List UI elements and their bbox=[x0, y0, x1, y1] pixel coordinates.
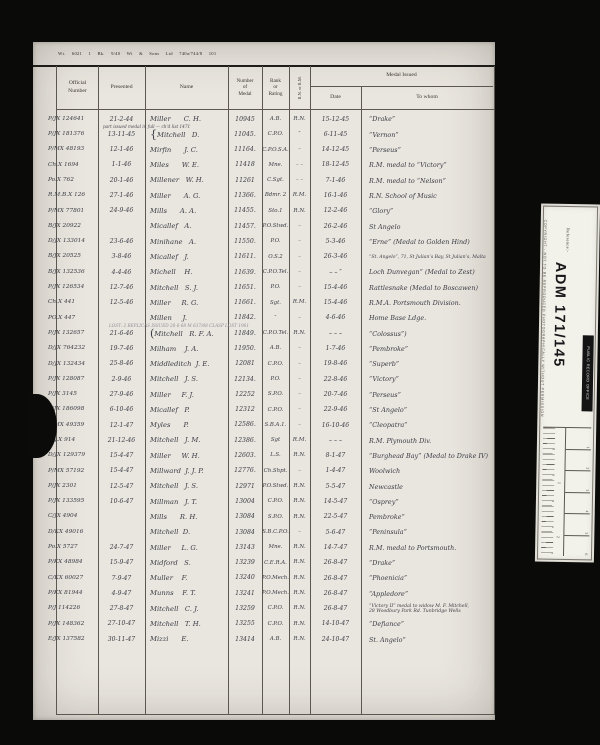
rank-cell: C.P.O.Tel. bbox=[262, 331, 289, 336]
header-number-of-medal: Number of Medal bbox=[228, 66, 262, 109]
name-cell: Micallef J. bbox=[145, 254, 228, 261]
table-row: E/JX 13758230-11-47Mizzi E.13414A.B.R.N.… bbox=[57, 632, 494, 647]
to-whom-cell: R.M. Plymouth Div. bbox=[361, 438, 493, 444]
presented-cell: 21-6-46 bbox=[98, 331, 145, 337]
header-official-number: Official Number bbox=[57, 66, 98, 109]
official-number-cell: D/JX 133014 bbox=[48, 239, 89, 245]
name-cell: (Mitchell R. F. A. bbox=[145, 328, 228, 339]
rank-cell: Sgt. bbox=[262, 301, 289, 306]
medal-number-cell: 11455. bbox=[228, 208, 262, 214]
corps-cell: R.N. bbox=[289, 499, 310, 505]
ruler-cm-cell: 2 bbox=[565, 449, 591, 471]
official-number-cell: P/JX 181376 bbox=[48, 132, 89, 138]
header-bottom-line bbox=[57, 109, 494, 110]
table-row: D/JX 13243425-8-46Middleditch J. E.12081… bbox=[57, 357, 494, 372]
corps-cell: R.M. bbox=[289, 300, 310, 306]
medal-number-cell: 11849. bbox=[228, 331, 262, 337]
corps-cell: – bbox=[289, 407, 310, 413]
table-row: P/JX 18137613-11-45{Mitchell D.11045.C.P… bbox=[57, 127, 494, 142]
name-cell: Miller F. J. bbox=[145, 392, 228, 399]
table-row: P/MX 7780124-9-46Mills A. A.11455.Sto.1R… bbox=[57, 204, 494, 219]
medal-number-cell: 12252 bbox=[228, 392, 262, 398]
date-issued-cell: 14-10-47 bbox=[310, 621, 361, 627]
rank-cell: A.B. bbox=[262, 637, 289, 642]
reference-number: ADM 171/145 bbox=[550, 262, 568, 368]
medal-number-cell: 12586. bbox=[228, 422, 262, 428]
date-issued-cell: 22-8-46 bbox=[310, 377, 361, 383]
date-issued-cell: 7-1-46 bbox=[310, 178, 361, 184]
date-issued-cell: 8-1-47 bbox=[310, 453, 361, 459]
date-issued-cell: 14-5-47 bbox=[310, 499, 361, 505]
name-cell: Muller F. bbox=[145, 575, 228, 582]
rank-cell: Mne. bbox=[262, 163, 289, 168]
medal-number-cell: 13255 bbox=[228, 621, 262, 627]
name-cell: Mitchell J. S. bbox=[145, 483, 228, 490]
medal-number-cell: 11261 bbox=[228, 178, 262, 184]
official-number-cell: Ch.X 441 bbox=[48, 300, 89, 306]
presented-cell: 20-1-46 bbox=[98, 178, 145, 184]
rank-cell: C.P.O.S.A. bbox=[262, 148, 289, 153]
presented-cell: 21-12-46 bbox=[98, 438, 145, 444]
rank-cell: C.Sgt. bbox=[262, 178, 289, 183]
name-cell: {Mitchell D. bbox=[145, 129, 228, 140]
medal-number-cell: 13240 bbox=[228, 575, 262, 581]
official-number-cell: P/JX 133595 bbox=[48, 499, 89, 505]
header-rn-or-rm: R.N. or R.M. bbox=[289, 66, 310, 109]
table-row: Po.X 572724-7-47Miller L. G.13143Mne.R.N… bbox=[57, 540, 494, 555]
to-whom-cell: R.M. medal to Portsmouth. bbox=[361, 545, 493, 551]
corps-cell: R.N. bbox=[289, 209, 310, 215]
rank-cell: S.B.C.P.O. bbox=[262, 530, 289, 535]
corps-cell: – – bbox=[289, 178, 310, 184]
name-cell: Mitchell J. M. bbox=[145, 437, 228, 444]
to-whom-cell: St. Angelo” bbox=[361, 637, 493, 643]
to-whom-cell: “Glory” bbox=[361, 208, 493, 214]
table-row: C/KX 600277-9-47Muller F.13240P.O.Mech.R… bbox=[57, 571, 494, 586]
medal-number-cell: 13004 bbox=[228, 499, 262, 505]
presented-cell: 13-11-45 bbox=[98, 132, 145, 138]
to-whom-cell: “Victory II” medal to widow M. F. Mitche… bbox=[361, 604, 493, 614]
header-presented: Presented bbox=[98, 66, 145, 109]
to-whom-cell: “Erne” (Medal to Golden Hind) bbox=[361, 239, 493, 245]
rank-cell: O.S.2 bbox=[262, 255, 289, 260]
presented-cell: 7-9-47 bbox=[98, 576, 145, 582]
table-row: D/JX 13301423-6-46Minihane A.11550.P.O.–… bbox=[57, 234, 494, 249]
name-cell: Midford S. bbox=[145, 560, 228, 567]
reference-label: Reference:- bbox=[565, 228, 570, 253]
name-cell: Miles W. E. bbox=[145, 162, 228, 169]
presented-cell: 27-10-47 bbox=[98, 621, 145, 627]
presented-cell: 24-7-47 bbox=[98, 545, 145, 551]
to-whom-cell: “Superb” bbox=[361, 361, 493, 367]
official-number-cell: B/JX 20922 bbox=[48, 224, 89, 230]
date-issued-cell: 16-10-46 bbox=[310, 423, 361, 429]
date-issued-cell: 5-3-46 bbox=[310, 239, 361, 245]
corps-cell: R.N. bbox=[289, 453, 310, 459]
official-number-cell: P/JX 2301 bbox=[48, 484, 89, 490]
medal-number-cell: 11950. bbox=[228, 346, 262, 352]
rank-cell: ″ bbox=[262, 316, 289, 321]
name-cell: Mitchell S. J. bbox=[145, 285, 228, 292]
presented-cell: 12-1-46 bbox=[98, 147, 145, 153]
official-number-cell: D/KX 49016 bbox=[48, 530, 89, 536]
date-issued-cell: 26-8-47 bbox=[310, 576, 361, 582]
to-whom-cell: “Victory” bbox=[361, 376, 493, 382]
to-whom-cell: “Drake” bbox=[361, 560, 493, 566]
name-cell: Millward J. J. P. bbox=[145, 468, 228, 475]
to-whom-cell: “Cleopatra” bbox=[361, 422, 493, 428]
to-whom-cell: R.M. medal to “Victory” bbox=[361, 162, 493, 168]
medal-number-cell: 12312 bbox=[228, 407, 262, 413]
reference-card: COPYRIGHT - NOT TO BE REPRODUCED PHOTOGR… bbox=[535, 204, 600, 563]
rank-cell: C.P.O. bbox=[262, 622, 289, 627]
medal-number-cell: 13084 bbox=[228, 530, 262, 536]
rank-cell: S.P.O. bbox=[262, 392, 289, 397]
table-row: P/MX 4935912-1-47Myles P.12586.S.B.A.1.–… bbox=[57, 418, 494, 433]
to-whom-cell: “Appledore” bbox=[361, 591, 493, 597]
table-row: Ch.X 16941-1-46Miles W. E.11418Mne.– –18… bbox=[57, 158, 494, 173]
table-row: D/KX 49016Mitchell D.13084S.B.C.P.O.–5-6… bbox=[57, 525, 494, 540]
date-issued-cell: 14-12-45 bbox=[310, 147, 361, 153]
medal-number-cell: 10945 bbox=[228, 117, 262, 123]
rank-cell: Ch.Shpt. bbox=[262, 469, 289, 474]
medal-number-cell: 11164. bbox=[228, 147, 262, 153]
ruler-inch-label: 1 bbox=[557, 482, 562, 484]
to-whom-cell: “Peninsula” bbox=[361, 529, 493, 535]
rank-cell: P.O. bbox=[262, 239, 289, 244]
interlined-annotation: part issued medal in full — ch'd list 14… bbox=[103, 124, 190, 129]
presented-cell: 4-4-46 bbox=[98, 270, 145, 276]
name-cell: Miller C. H. bbox=[145, 116, 228, 123]
header-date: Date bbox=[310, 86, 361, 109]
name-cell: Mitchell D. bbox=[145, 529, 228, 536]
interlined-annotation: LOST: 2 REPLICAS ISSUED 26-6-68 M 637/68… bbox=[109, 323, 249, 328]
medal-number-cell: 11457. bbox=[228, 224, 262, 230]
rank-cell: C.P.O. bbox=[262, 606, 289, 611]
date-issued-cell: 24-10-47 bbox=[310, 637, 361, 643]
corps-cell: – bbox=[289, 423, 310, 429]
medal-number-cell: 13084 bbox=[228, 514, 262, 520]
rank-cell: A.B. bbox=[262, 117, 289, 122]
table-row: Ply.X 91421-12-46Mitchell J. M.12386.Sgt… bbox=[57, 433, 494, 448]
official-number-cell: D/JX 129379 bbox=[48, 453, 89, 459]
to-whom-cell: “St Angelo” bbox=[361, 407, 493, 413]
official-number-cell: D/JX 764232 bbox=[48, 346, 89, 352]
header-medal-issued: Medal Issued bbox=[310, 66, 493, 86]
date-issued-cell: 5-6-47 bbox=[310, 530, 361, 536]
table-row: R.M.B.X 12627-1-46Miller A. G.11366.Bdmr… bbox=[57, 188, 494, 203]
date-issued-cell: – – – bbox=[310, 331, 361, 337]
ruler-cm-label: 3 bbox=[585, 489, 589, 491]
official-number-cell: E/JX 137582 bbox=[48, 637, 89, 643]
presented-cell: 27-8-47 bbox=[98, 606, 145, 612]
table-row: P/MX 4819312-1-46Mirfin J. C.11164.C.P.O… bbox=[57, 143, 494, 158]
corps-cell: R.N. bbox=[289, 576, 310, 582]
date-issued-cell: 20-7-46 bbox=[310, 392, 361, 398]
official-number-cell: B/JX 132536 bbox=[48, 270, 89, 276]
to-whom-cell: Newcastle bbox=[361, 484, 493, 490]
corps-cell: – bbox=[289, 316, 310, 322]
to-whom-cell: “Pembroke” bbox=[361, 346, 493, 352]
to-whom-cell: Pembroke” bbox=[361, 514, 493, 520]
presented-cell: 10-6-47 bbox=[98, 499, 145, 505]
table-row: P/JX 230112-5-47Mitchell J. S.12971P.O.S… bbox=[57, 479, 494, 494]
film-artifact-blob bbox=[29, 394, 57, 458]
date-issued-cell: 18-12-45 bbox=[310, 162, 361, 168]
date-issued-cell: 26-8-47 bbox=[310, 591, 361, 597]
to-whom-cell: “Colossus”) bbox=[361, 331, 493, 337]
presented-cell: 21-2-44 bbox=[98, 117, 145, 123]
presented-cell: 24-9-46 bbox=[98, 208, 145, 214]
medal-number-cell: 13414 bbox=[228, 637, 262, 643]
medal-number-cell: 11661. bbox=[228, 300, 262, 306]
corps-cell: R.N. bbox=[289, 331, 310, 337]
table-row: B/JX 1325364-4-46Michell H.11639.C.P.O.T… bbox=[57, 265, 494, 280]
table-body: P/JX 12464121-2-44Miller C. H.10945A.B.R… bbox=[57, 112, 494, 647]
table-row: B/JX 20922Micallef A.11457.P.O.Stwd.–26-… bbox=[57, 219, 494, 234]
date-issued-cell: 14-7-47 bbox=[310, 545, 361, 551]
medal-number-cell: 11842. bbox=[228, 315, 262, 321]
to-whom-cell: “Perseus” bbox=[361, 147, 493, 153]
official-number-cell: P/JX 148362 bbox=[48, 622, 89, 628]
rank-cell: P.O.Stwd. bbox=[262, 224, 289, 229]
corps-cell: – bbox=[289, 224, 310, 230]
header-name: Name bbox=[145, 66, 228, 109]
corps-cell: – bbox=[289, 469, 310, 475]
table-row: P/J 11422627-8-47Mitchell C. J.13259C.P.… bbox=[57, 602, 494, 617]
presented-cell: 12-5-47 bbox=[98, 484, 145, 490]
presented-cell: 27-9-46 bbox=[98, 392, 145, 398]
medal-number-cell: 12971 bbox=[228, 484, 262, 490]
table-row: Ch.X 44112-5-46Miller R. G.11661.Sgt.R.M… bbox=[57, 296, 494, 311]
corps-cell: R.N. bbox=[289, 484, 310, 490]
presented-cell: 6-10-46 bbox=[98, 407, 145, 413]
date-issued-cell: 15-4-46 bbox=[310, 285, 361, 291]
ruler-cm-label: 6 bbox=[584, 553, 588, 555]
ruler-cm-label: 5 bbox=[584, 532, 588, 534]
official-number-cell: C/KX 60027 bbox=[48, 576, 89, 582]
medal-number-cell: 11639. bbox=[228, 270, 262, 276]
rank-cell: C.P.O. bbox=[262, 362, 289, 367]
to-whom-cell: Rattlesnake (Medal to Boscawen) bbox=[361, 285, 493, 291]
to-whom-cell: “Burghead Bay” (Medal to Drake IV) bbox=[361, 453, 493, 459]
table-row: P/JX 13265721-6-46(Mitchell R. F. A.1184… bbox=[57, 326, 494, 341]
corps-cell: – bbox=[289, 255, 310, 261]
ruler-cm-cell: 1 bbox=[565, 428, 591, 450]
table-row: P/JX 13359510-6-47Millman J. T.13004C.P.… bbox=[57, 494, 494, 509]
name-cell: Mitchell J. S. bbox=[145, 376, 228, 383]
rank-cell: S.B.A.1. bbox=[262, 423, 289, 428]
date-issued-cell: 1-7-46 bbox=[310, 346, 361, 352]
table-row: B/JX 205253-8-46Micallef J.11611.O.S.2–2… bbox=[57, 250, 494, 265]
printer-reference-line: Wt. 6021 1 Bk. 9/40 Wt & Sons Ltd 740a/7… bbox=[58, 51, 216, 56]
official-number-cell: P/JX 124641 bbox=[48, 117, 89, 123]
date-issued-cell: 22-5-47 bbox=[310, 514, 361, 520]
bracket-mark: { bbox=[150, 128, 157, 141]
table-row: P/JX 314527-9-46Miller F. J.12252S.P.O.–… bbox=[57, 387, 494, 402]
corps-cell: – bbox=[289, 377, 310, 383]
rank-cell: Mne. bbox=[262, 545, 289, 550]
name-cell: Munns F. T. bbox=[145, 590, 228, 597]
name-cell: Mizzi E. bbox=[145, 636, 228, 643]
rank-cell: P.O. bbox=[262, 285, 289, 290]
table-row: D/JX 12937915-4-47Miller W. H.12603.L.S.… bbox=[57, 449, 494, 464]
name-cell: Miller A. G. bbox=[145, 193, 228, 200]
official-number-cell: P/JX 132657 bbox=[48, 331, 89, 337]
ruler-cm-label: 4 bbox=[585, 510, 589, 512]
table-row: P/JX 1860986-10-46Micallef P.12312C.P.O.… bbox=[57, 403, 494, 418]
table-row: D/JX 76423219-7-46Milham J. A.11950.A.B.… bbox=[57, 341, 494, 356]
to-whom-cell: “Drake” bbox=[361, 116, 493, 122]
name-cell: Miller W. H. bbox=[145, 453, 228, 460]
medal-number-cell: 12134. bbox=[228, 377, 262, 383]
presented-cell: 15-4-47 bbox=[98, 453, 145, 459]
medal-number-cell: 13241 bbox=[228, 591, 262, 597]
corps-cell: – – bbox=[289, 163, 310, 169]
date-issued-cell: 26-3-46 bbox=[310, 254, 361, 260]
date-issued-cell: 6-11-45 bbox=[310, 132, 361, 138]
medal-number-cell: 11611. bbox=[228, 254, 262, 260]
rank-cell: Bdmr. 2 bbox=[262, 193, 289, 198]
presented-cell: 30-11-47 bbox=[98, 637, 145, 643]
date-issued-cell: 1-4-47 bbox=[310, 468, 361, 474]
official-number-cell: P/J 114226 bbox=[48, 606, 89, 612]
presented-cell: 4-9-47 bbox=[98, 591, 145, 597]
medal-number-cell: 11651. bbox=[228, 285, 262, 291]
date-issued-cell: 22-9-46 bbox=[310, 407, 361, 413]
date-issued-cell: 26-2-46 bbox=[310, 224, 361, 230]
medal-number-cell: 13143 bbox=[228, 545, 262, 551]
corps-cell: – bbox=[289, 346, 310, 352]
presented-cell: 25-8-46 bbox=[98, 361, 145, 367]
corps-cell: R.N. bbox=[289, 560, 310, 566]
rank-cell: C.P.O. bbox=[262, 499, 289, 504]
to-whom-cell: “Perseus” bbox=[361, 392, 493, 398]
official-number-cell: PO.X 447 bbox=[48, 316, 89, 322]
corps-cell: – bbox=[289, 362, 310, 368]
corps-cell: ″ bbox=[289, 132, 310, 138]
presented-cell: 19-7-46 bbox=[98, 346, 145, 352]
microfilm-background: Wt. 6021 1 Bk. 9/40 Wt & Sons Ltd 740a/7… bbox=[0, 0, 600, 745]
ruler-cm-cell: 6 bbox=[564, 535, 590, 556]
card-ruler: 1 2 123456 bbox=[541, 427, 591, 557]
ruler-cm-cell: 4 bbox=[564, 492, 590, 514]
presented-cell: 3-8-46 bbox=[98, 254, 145, 260]
to-whom-cell: R.M.A. Portsmouth Division. bbox=[361, 300, 493, 306]
presented-cell: 1-1-46 bbox=[98, 162, 145, 168]
date-issued-cell: 5-5-47 bbox=[310, 484, 361, 490]
official-number-cell: Ch.X 1694 bbox=[48, 163, 89, 169]
ruler-inch-label: 2 bbox=[556, 535, 561, 537]
medal-number-cell: 13259 bbox=[228, 606, 262, 612]
official-number-cell: P/JX 128087 bbox=[48, 377, 89, 383]
presented-cell: 15-4-47 bbox=[98, 468, 145, 474]
rank-cell: P.O.Mech. bbox=[262, 576, 289, 581]
medal-number-cell: 11045. bbox=[228, 132, 262, 138]
corps-cell: R.M. bbox=[289, 193, 310, 199]
date-issued-cell: – – ″ bbox=[310, 270, 361, 276]
presented-cell: 27-1-46 bbox=[98, 193, 145, 199]
name-cell: Minihane A. bbox=[145, 239, 228, 246]
medal-number-cell: 13239 bbox=[228, 560, 262, 566]
official-number-cell: C/JX 4904 bbox=[48, 514, 89, 520]
medal-number-cell: 12776. bbox=[228, 468, 262, 474]
rank-cell: L.S. bbox=[262, 453, 289, 458]
official-number-cell: P/MX 48193 bbox=[48, 147, 89, 153]
ruler-centimetres: 123456 bbox=[564, 428, 592, 556]
medal-number-cell: 12081 bbox=[228, 361, 262, 367]
official-number-cell: B/JX 20525 bbox=[48, 254, 89, 260]
official-number-cell: D/JX 132434 bbox=[48, 362, 89, 368]
date-issued-cell: 16-1-46 bbox=[310, 193, 361, 199]
name-cell: Mitchell T. H. bbox=[145, 621, 228, 628]
date-issued-cell: 15-12-45 bbox=[310, 117, 361, 123]
name-cell: Millener W. H. bbox=[145, 177, 228, 184]
header-to-whom: To whom bbox=[361, 86, 493, 109]
ruler-cm-cell: 5 bbox=[564, 514, 590, 536]
date-issued-cell: – – – bbox=[310, 438, 361, 444]
table-row: Po.X 76220-1-46Millener W. H.11261C.Sgt.… bbox=[57, 173, 494, 188]
ruler-cm-label: 2 bbox=[585, 467, 589, 469]
date-issued-cell: 19-8-46 bbox=[310, 361, 361, 367]
date-issued-cell: 26-8-47 bbox=[310, 606, 361, 612]
corps-cell: R.N. bbox=[289, 606, 310, 612]
public-record-office-stamp: PUBLIC RECORD OFFICE bbox=[582, 335, 594, 411]
table-row: P/JX 14836227-10-47Mitchell T. H.13255C.… bbox=[57, 617, 494, 632]
to-whom-cell: “St. Angelo”, 71, St Julian’s Bay, St Ju… bbox=[361, 255, 493, 260]
rank-cell: C.E.R.A. bbox=[262, 561, 289, 566]
to-whom-cell: St Angelo bbox=[361, 224, 493, 230]
rank-cell: S.P.O. bbox=[262, 515, 289, 520]
rank-cell: C.P.O. bbox=[262, 408, 289, 413]
name-cell: Mills A. A. bbox=[145, 208, 228, 215]
corps-cell: R.N. bbox=[289, 637, 310, 643]
name-cell: Mills R. H. bbox=[145, 514, 228, 521]
name-cell: Micallef A. bbox=[145, 223, 228, 230]
presented-cell: 12-7-46 bbox=[98, 285, 145, 291]
official-number-cell: Po.X 762 bbox=[48, 178, 89, 184]
rank-cell: Sgt bbox=[262, 438, 289, 443]
medal-number-cell: 11550. bbox=[228, 239, 262, 245]
to-whom-cell: “Osprey” bbox=[361, 499, 493, 505]
date-issued-cell: 12-2-46 bbox=[310, 208, 361, 214]
presented-cell: 12-1-47 bbox=[98, 423, 145, 429]
name-cell: Michell H. bbox=[145, 269, 228, 276]
table-row: P/JX 12653412-7-46Mitchell S. J.11651.P.… bbox=[57, 280, 494, 295]
corps-cell: – bbox=[289, 530, 310, 536]
ruler-cm-cell: 3 bbox=[565, 471, 591, 493]
name-cell: Mirfin J. C. bbox=[145, 147, 228, 154]
corps-cell: R.N. bbox=[289, 515, 310, 521]
name-cell: Millen J. bbox=[145, 315, 228, 322]
rank-cell: C.P.O.Tel. bbox=[262, 270, 289, 275]
to-whom-cell: “Defiance” bbox=[361, 621, 493, 627]
official-number-cell: P/JX 3145 bbox=[48, 392, 89, 398]
name-cell: Mitchell C. J. bbox=[145, 606, 228, 613]
name-cell: Middleditch J. E. bbox=[145, 361, 228, 368]
name-cell: Miller R. G. bbox=[145, 300, 228, 307]
to-whom-cell: Loch Dunvegan” (Medal to Zest) bbox=[361, 269, 493, 275]
medal-number-cell: 12603. bbox=[228, 453, 262, 459]
rank-cell: A.B. bbox=[262, 346, 289, 351]
rank-cell: C.P.O. bbox=[262, 132, 289, 137]
table-row: P/JX 1280872-9-46Mitchell J. S.12134.P.O… bbox=[57, 372, 494, 387]
official-number-cell: P/MX 77801 bbox=[48, 209, 89, 215]
official-number-cell: P/KX 48984 bbox=[48, 560, 89, 566]
presented-cell: 23-6-46 bbox=[98, 239, 145, 245]
medal-number-cell: 11366. bbox=[228, 193, 262, 199]
bracket-mark: ( bbox=[150, 327, 154, 340]
